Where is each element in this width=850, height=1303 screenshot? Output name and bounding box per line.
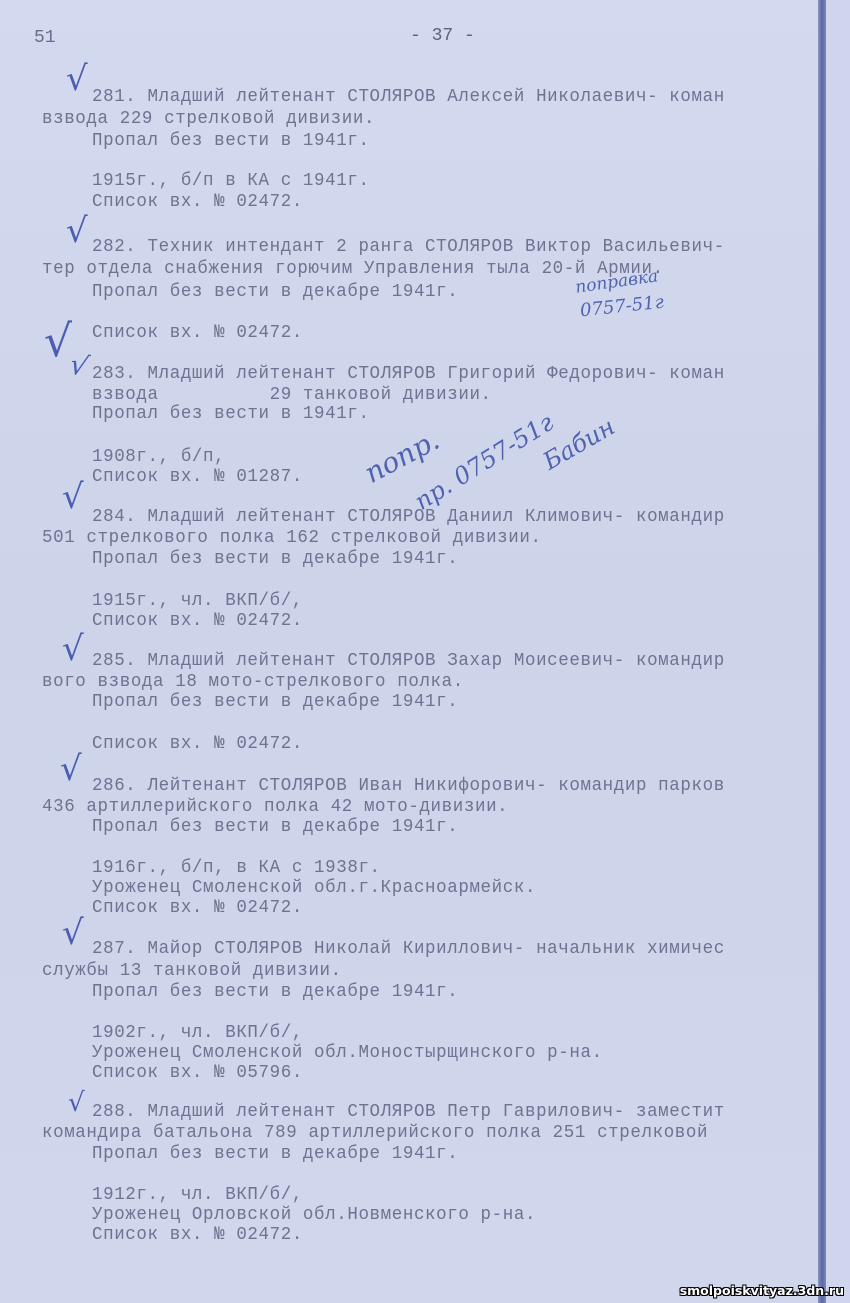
entry-line: Список вх. № 01287. [92, 466, 303, 488]
adjacent-page-edge [826, 0, 850, 1303]
entry-line: 282. Техник интендант 2 ранга СТОЛЯРОВ В… [92, 236, 725, 258]
entry-line: вого взвода 18 мото-стрелкового полка. [42, 671, 464, 693]
site-watermark: smolpoiskvityaz.3dn.ru [680, 1283, 844, 1298]
entry-line: 1916г., б/п, в КА с 1938г. [92, 857, 381, 879]
entry-line: Пропал без вести в 1941г. [92, 130, 370, 152]
entry-line: Список вх. № 02472. [92, 191, 303, 213]
checkmark-icon: √ [62, 916, 84, 950]
entry-line: 1902г., чл. ВКП/б/, [92, 1022, 303, 1044]
entry-line: Список вх. № 02472. [92, 733, 303, 755]
entry-line: 1915г., б/п в КА с 1941г. [92, 170, 370, 192]
page-binding-shadow [818, 0, 826, 1303]
entry-line: взвода 229 стрелковой дивизии. [42, 108, 375, 130]
entry-line: Уроженец Орловской обл.Новменского р-на. [92, 1204, 536, 1226]
entry-line: 1915г., чл. ВКП/б/, [92, 590, 303, 612]
document-page: 51 - 37 - √ 281. Младший лейтенант СТОЛЯ… [0, 0, 822, 1303]
entry-line: Список вх. № 02472. [92, 897, 303, 919]
checkmark-icon: √ [68, 1090, 85, 1116]
entry-line: 1908г., б/п, [92, 446, 225, 468]
checkmark-icon: √ [44, 320, 72, 364]
checkmark-icon: √ [62, 632, 84, 666]
checkmark-icon: √ [66, 214, 88, 248]
entry-line: Уроженец Смоленской обл.Моностырщинского… [92, 1042, 603, 1064]
entry-line: Уроженец Смоленской обл.г.Красноармейск. [92, 877, 536, 899]
handwritten-note: пр. 0757-51г [410, 408, 559, 515]
entry-line: Список вх. № 02472. [92, 610, 303, 632]
entry-line: службы 13 танковой дивизии. [42, 960, 342, 982]
checkmark-icon: √ [66, 62, 88, 96]
checkmark-icon: √ [60, 752, 82, 786]
entry-line: 501 стрелкового полка 162 стрелковой див… [42, 527, 542, 549]
handwritten-note: 0757-51г [579, 292, 665, 322]
entry-line: командира батальона 789 артиллерийского … [42, 1122, 708, 1144]
entry-line: 288. Младший лейтенант СТОЛЯРОВ Петр Гав… [92, 1101, 725, 1123]
entry-line: Пропал без вести в декабре 1941г. [92, 981, 458, 1003]
entry-line: Список вх. № 05796. [92, 1062, 303, 1084]
entry-line: 283. Младший лейтенант СТОЛЯРОВ Григорий… [92, 363, 725, 385]
entry-line: Пропал без вести в декабре 1941г. [92, 548, 458, 570]
entry-line: Список вх. № 02472. [92, 322, 303, 344]
entry-line: Пропал без вести в декабре 1941г. [92, 281, 458, 303]
entry-line: тер отдела снабжения горючим Управления … [42, 258, 664, 280]
entry-line: Пропал без вести в декабре 1941г. [92, 691, 458, 713]
page-number: - 37 - [410, 26, 475, 46]
entry-line: Пропал без вести в декабре 1941г. [92, 816, 458, 838]
entry-line: 436 артиллерийского полка 42 мото-дивизи… [42, 796, 508, 818]
entry-line: 286. Лейтенант СТОЛЯРОВ Иван Никифорович… [92, 775, 725, 797]
entry-line: Список вх. № 02472. [92, 1224, 303, 1246]
corner-mark: 51 [34, 28, 56, 48]
entry-line: 285. Младший лейтенант СТОЛЯРОВ Захар Мо… [92, 650, 725, 672]
entry-line: 287. Майор СТОЛЯРОВ Николай Кириллович- … [92, 938, 725, 960]
entry-line: Пропал без вести в 1941г. [92, 403, 370, 425]
entry-line: Пропал без вести в декабре 1941г. [92, 1143, 458, 1165]
entry-line: 284. Младший лейтенант СТОЛЯРОВ Даниил К… [92, 506, 725, 528]
entry-line: 1912г., чл. ВКП/б/, [92, 1184, 303, 1206]
checkmark-icon: √ [62, 480, 84, 514]
entry-line: 281. Младший лейтенант СТОЛЯРОВ Алексей … [92, 86, 725, 108]
